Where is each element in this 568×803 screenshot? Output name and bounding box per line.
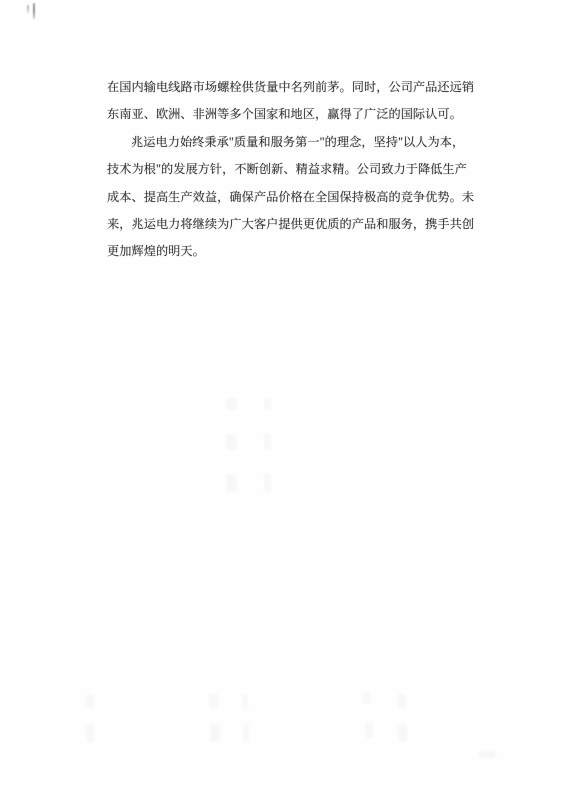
scan-ghost-smudge — [243, 724, 249, 742]
scanned-page: 在国内输电线路市场螺栓供货量中名列前茅。同时，公司产品还远销东南亚、欧洲、非洲等… — [0, 0, 568, 803]
scan-ghost-smudge — [242, 694, 248, 708]
text-line: 成本、提高生产效益，确保产品价格在全国保持极高的竞争优势。未 — [107, 184, 479, 211]
scan-ghost-smudge — [210, 724, 220, 742]
scan-ghost-smudge — [226, 434, 237, 450]
scan-ghost-smudge — [226, 474, 237, 492]
pen-mark-short — [27, 5, 29, 13]
text-line: 来，兆运电力将继续为广大客户提供更优质的产品和服务，携手共创 — [107, 211, 479, 238]
scan-ghost-smudge — [264, 434, 271, 450]
scan-ghost-smudge — [86, 694, 94, 708]
text-line: 在国内输电线路市场螺栓供货量中名列前茅。同时，公司产品还远销 — [107, 74, 479, 101]
pen-mark-long — [33, 3, 35, 19]
scan-ghost-smudge — [363, 692, 371, 704]
scan-ghost-smudge — [398, 724, 407, 742]
scan-ghost-smudge — [209, 694, 219, 708]
scan-ghost-smudge — [365, 722, 373, 738]
document-text-block: 在国内输电线路市场螺栓供货量中名列前茅。同时，公司产品还远销东南亚、欧洲、非洲等… — [107, 74, 479, 266]
scan-ghost-smudge — [397, 694, 406, 708]
scan-ghost-smudge — [226, 398, 237, 410]
scan-ghost-smudge — [264, 474, 271, 492]
text-line: 技术为根"的发展方针，不断创新、精益求精。公司致力于降低生产 — [107, 156, 479, 183]
text-line: 兆运电力始终秉承"质量和服务第一"的理念，坚持"以人为本， — [107, 129, 479, 156]
scan-ghost-smudge — [264, 398, 271, 410]
scan-ghost-smudge — [86, 724, 94, 742]
scan-ghost-smudge — [478, 752, 496, 757]
text-line: 更加辉煌的明天。 — [107, 238, 479, 265]
text-line: 东南亚、欧洲、非洲等多个国家和地区，赢得了广泛的国际认可。 — [107, 101, 479, 128]
